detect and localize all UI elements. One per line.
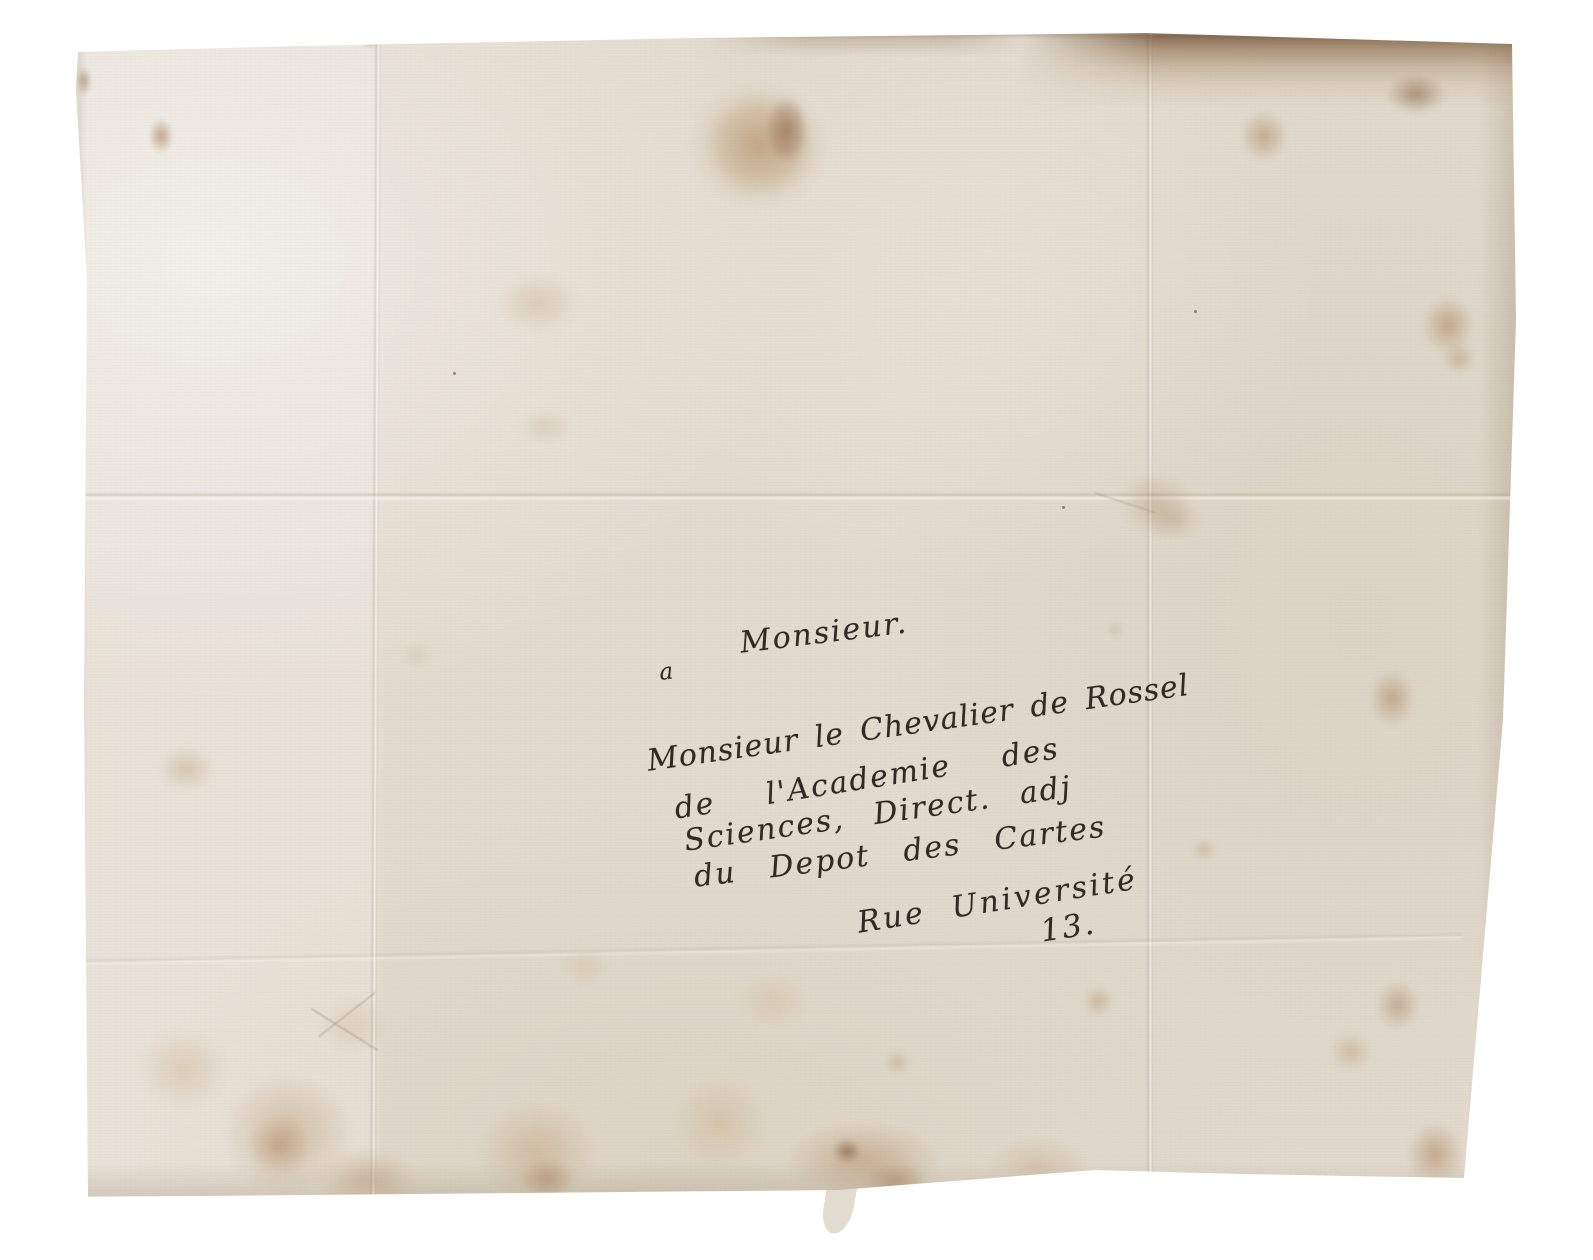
letter-photograph: Monsieur. a Monsieur le Chevalier de Ros… xyxy=(0,0,1593,1260)
address-line-number: 13. xyxy=(1038,905,1098,949)
address-block: Monsieur. a Monsieur le Chevalier de Ros… xyxy=(0,0,1593,1260)
address-line-salutation: Monsieur. xyxy=(738,605,910,660)
address-line-street: Rue Université xyxy=(855,862,1140,941)
address-line-preposition: a xyxy=(658,659,674,686)
letter-sheet: Monsieur. a Monsieur le Chevalier de Ros… xyxy=(0,0,1593,1260)
